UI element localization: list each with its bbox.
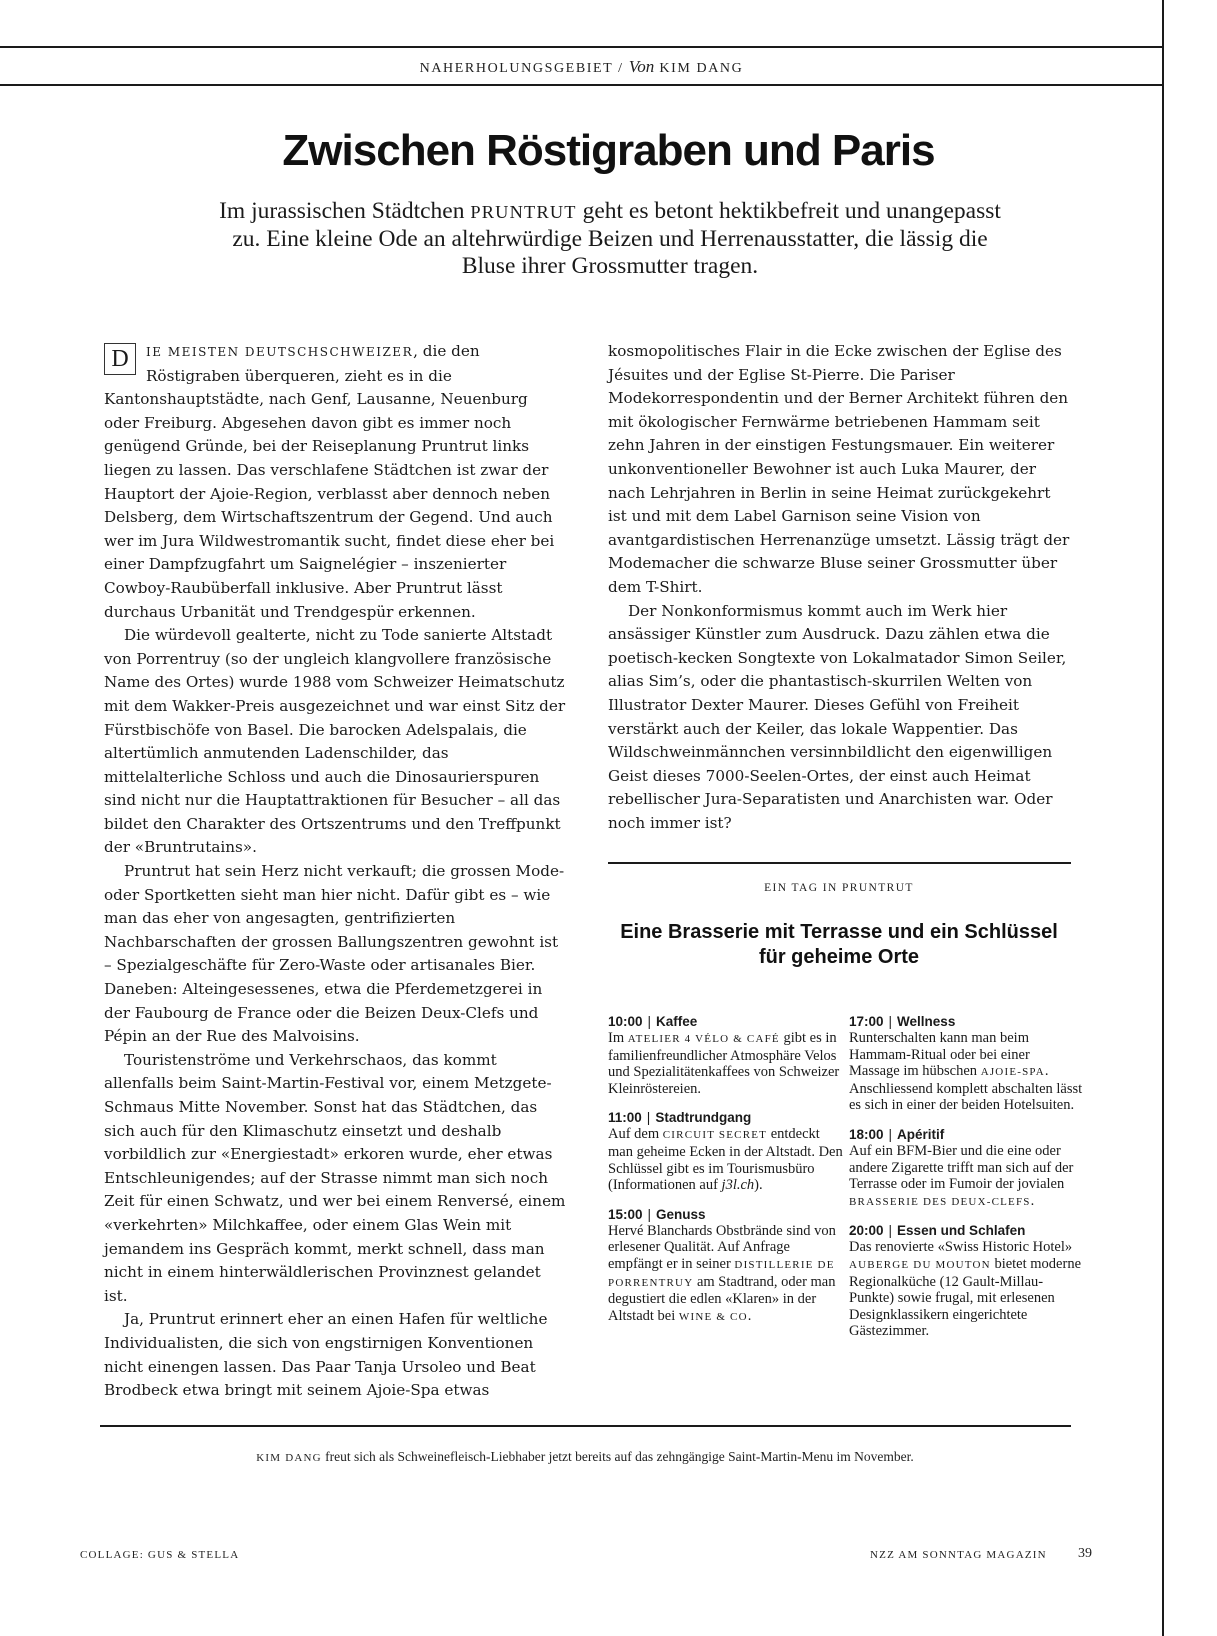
timeline-text: Hervé Blanchards Obstbrände sind von erl… [608,1223,843,1326]
section-name: Naherholungsgebiet [420,61,613,76]
author-note: Kim Dang freut sich als Schweinefleisch-… [100,1449,1070,1465]
sidebar-top-rule [608,862,1071,864]
byline-author: Kim Dang [659,61,743,76]
publication-name: NZZ am Sonntag Magazin [870,1549,1047,1561]
timeline-column-left: 10:00|Kaffee Im Atelier 4 Vélo & Café gi… [608,1013,843,1337]
byline-prefix: Von [629,57,655,76]
sidebar-kicker: Ein Tag in Pruntrut [608,882,1070,894]
body-paragraph: Die würdevoll gealterte, nicht zu Tode s… [104,624,566,860]
website-link: j3l.ch [722,1177,755,1193]
timeline-item: 11:00|Stadtrundgang Auf dem Circuit Secr… [608,1109,843,1193]
timeline-heading: 17:00|Wellness [849,1013,1084,1030]
sidebar-title: Eine Brasserie mit Terrasse und ein Schl… [608,920,1070,970]
venue-name: Ajoie-Spa [981,1066,1045,1078]
venue-name: Circuit Secret [663,1129,767,1141]
timeline-item: 18:00|Apéritif Auf ein BFM-Bier und die … [849,1126,1084,1210]
section-kicker: Naherholungsgebiet / Von Kim Dang [0,57,1163,77]
venue-name: Wine & Co [679,1311,748,1323]
image-credit: Collage: Gus & Stella [80,1549,239,1561]
body-paragraph: kosmopolitisches Flair in die Ecke zwisc… [608,340,1070,600]
body-column-right: kosmopolitisches Flair in die Ecke zwisc… [608,340,1070,835]
article-title: Zwischen Röstigraben und Paris [0,126,1217,176]
timeline-item: 20:00|Essen und Schlafen Das renovierte … [849,1222,1084,1340]
drop-cap: D [104,343,136,375]
timeline-item: 10:00|Kaffee Im Atelier 4 Vélo & Café gi… [608,1013,843,1097]
timeline-heading: 20:00|Essen und Schlafen [849,1222,1084,1239]
timeline-heading: 15:00|Genuss [608,1206,843,1223]
timeline-text: Das renovierte «Swiss Historic Hotel» Au… [849,1239,1084,1340]
author-note-rule [100,1425,1071,1427]
timeline-text: Runterschalten kann man beim Hammam-Ritu… [849,1030,1084,1114]
body-paragraph: Der Nonkonformismus kommt auch im Werk h… [608,600,1070,836]
body-paragraph: Pruntrut hat sein Herz nicht verkauft; d… [104,860,566,1049]
timeline-text: Auf dem Circuit Secret entdeckt man gehe… [608,1126,843,1193]
page-edge-rule [1162,0,1164,1636]
header-bottom-rule [0,84,1163,86]
timeline-column-right: 17:00|Wellness Runterschalten kann man b… [849,1013,1084,1352]
venue-name: Atelier 4 Vélo & Café [628,1033,780,1045]
venue-name: Brasserie des Deux-Clefs [849,1196,1031,1208]
timeline-heading: 11:00|Stadtrundgang [608,1109,843,1126]
opening-smallcaps: ie meisten Deutschschweizer [146,345,413,359]
timeline-text: Auf ein BFM-Bier und die eine oder ander… [849,1143,1084,1210]
body-paragraph: Ja, Pruntrut erinnert eher an einen Hafe… [104,1308,566,1402]
page-number: 39 [1078,1546,1092,1562]
lead-highlight: Pruntrut [470,202,576,222]
timeline-item: 17:00|Wellness Runterschalten kann man b… [849,1013,1084,1114]
header-top-rule [0,46,1163,48]
timeline-heading: 18:00|Apéritif [849,1126,1084,1143]
venue-name: Auberge du Mouton [849,1259,991,1271]
timeline-heading: 10:00|Kaffee [608,1013,843,1030]
timeline-text: Im Atelier 4 Vélo & Café gibt es in fami… [608,1030,843,1097]
author-name: Kim Dang [256,1452,322,1464]
body-paragraph: Die meisten Deutschschweizer, die den Rö… [104,340,566,624]
article-lead: Im jurassischen Städtchen Pruntrut geht … [210,198,1010,280]
timeline-item: 15:00|Genuss Hervé Blanchards Obstbrände… [608,1206,843,1326]
body-paragraph: Touristenströme und Verkehrschaos, das k… [104,1049,566,1309]
body-column-left: Die meisten Deutschschweizer, die den Rö… [104,340,566,1403]
